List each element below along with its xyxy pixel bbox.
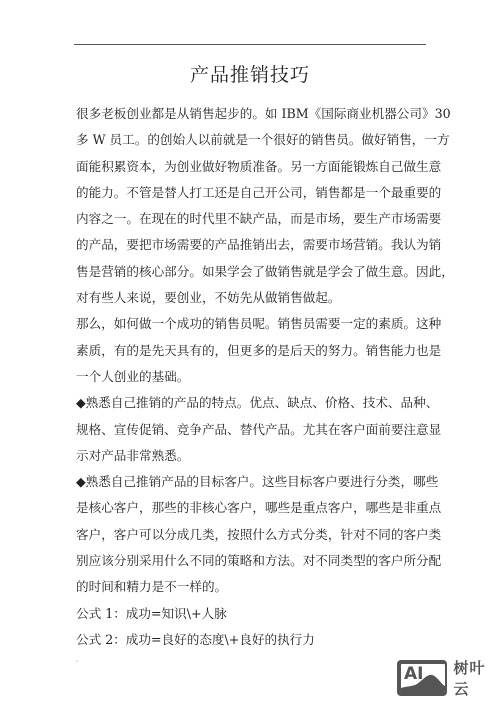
text-line: 的时间和精力是不一样的。	[76, 574, 428, 600]
text-line: 很多老板创业都是从销售起步的。如 IBM《国际商业机器公司》30	[76, 101, 428, 127]
mountain-icon	[401, 664, 445, 692]
text-line: 售是营销的核心部分。如果学会了做销售就是学会了做生意。因此，	[76, 259, 428, 285]
document-title: 产品推销技巧	[0, 60, 500, 87]
formula-line: 公式 1：成功=知识\+人脉	[76, 601, 428, 627]
text-line: 的能力。不管是替人打工还是自己开公司，销售都是一个最重要的	[76, 180, 428, 206]
text-line: 别应该分别采用什么不同的策略和方法。对不同类型的客户所分配	[76, 548, 428, 574]
text-line: 素质，有的是先天具有的，但更多的是后天的努力。销售能力也是	[76, 338, 428, 364]
ai-logo-icon: AI	[397, 660, 447, 696]
text-line: 那么，如何做一个成功的销售员呢。销售员需要一定的素质。这种	[76, 311, 428, 337]
bullet-line: ◆熟悉自己推销产品的目标客户。这些目标客户要进行分类，哪些	[76, 469, 428, 495]
header-rule	[74, 44, 426, 45]
text-line: 一个人创业的基础。	[76, 364, 428, 390]
text-line: 的产品，要把市场需要的产品推销出去，需要市场营销。我认为销	[76, 232, 428, 258]
text-line: 示对产品非常熟悉。	[76, 443, 428, 469]
header-mark: ·	[422, 38, 423, 43]
watermark: AI 树叶云	[397, 657, 500, 699]
text-line: 规格、宣传促销、竞争产品、替代产品。尤其在客户面前要注意显	[76, 417, 428, 443]
document-body: 很多老板创业都是从销售起步的。如 IBM《国际商业机器公司》30 多 W 员工。…	[76, 101, 428, 653]
text-line: 面能积累资本，为创业做好物质准备。另一方面能锻炼自己做生意	[76, 154, 428, 180]
formula-line: 公式 2：成功=良好的态度\+良好的执行力	[76, 627, 428, 653]
bullet-line: ◆熟悉自己推销的产品的特点。优点、缺点、价格、技术、品种、	[76, 390, 428, 416]
brand-name: 树叶云	[453, 657, 500, 699]
footer-mark: "	[76, 660, 78, 666]
text-line: 内容之一。在现在的时代里不缺产品，而是市场，要生产市场需要	[76, 206, 428, 232]
text-line: 是核心客户，那些的非核心客户，哪些是重点客户，哪些是非重点	[76, 495, 428, 521]
text-line: 多 W 员工。的创始人以前就是一个很好的销售员。做好销售，一方	[76, 127, 428, 153]
text-line: 对有些人来说，要创业，不妨先从做销售做起。	[76, 285, 428, 311]
text-line: 客户，客户可以分成几类，按照什么方式分类，针对不同的客户类	[76, 522, 428, 548]
